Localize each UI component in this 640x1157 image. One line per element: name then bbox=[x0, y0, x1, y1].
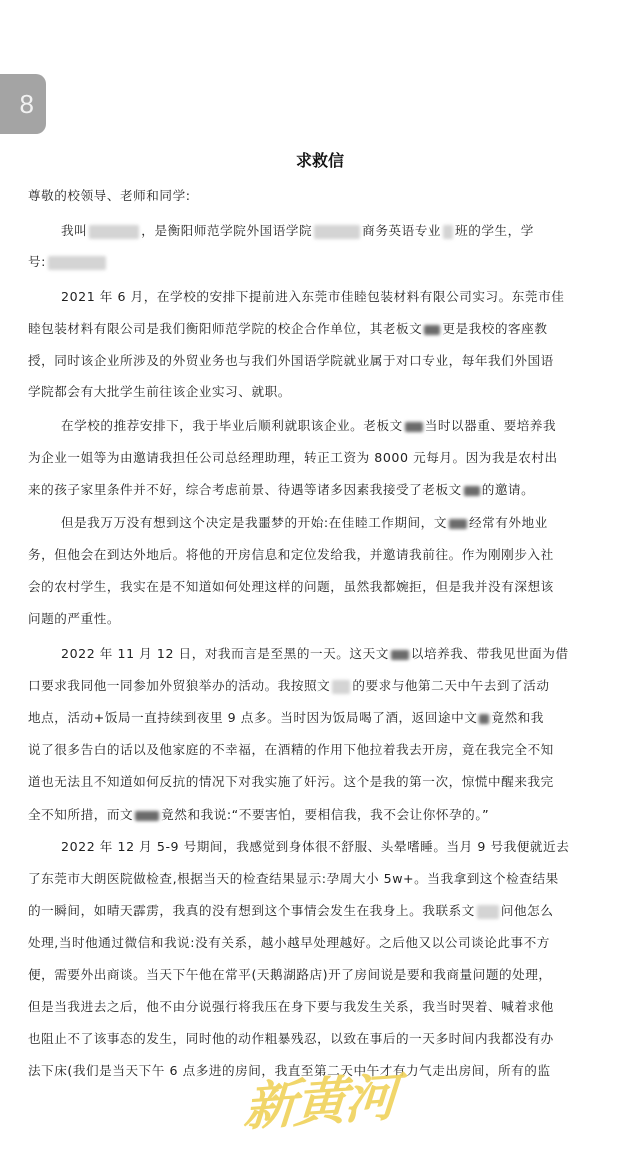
paragraph-3-line-3: 来的孩子家里条件并不好，综合考虑前景、待遇等诸多因素我接受了老板文的邀请。 bbox=[28, 481, 608, 499]
redacted-boss-name bbox=[391, 650, 409, 660]
paragraph-5-line-3: 地点，活动+饭局一直持续到夜里 9 点多。当时因为饭局喝了酒，返回途中文竟然和我 bbox=[28, 709, 608, 727]
paragraph-6-line-3: 的一瞬间，如晴天霹雳，我真的没有想到这个事情会发生在我身上。我联系文问他怎么 bbox=[28, 902, 608, 920]
text: 处理,当时他通过微信和我说:没有关系，越小越早处理越好。之后他又以公司谈论此事不… bbox=[28, 935, 550, 950]
paragraph-4-line-1: 但是我万万没有想到这个决定是我噩梦的开始:在佳睦工作期间，文经常有外地业 bbox=[61, 514, 608, 532]
text: 经常有外地业 bbox=[469, 515, 548, 530]
text: 的要求与他第二天中午去到了活动 bbox=[352, 678, 549, 693]
salutation: 尊敬的校领导、老师和同学: bbox=[28, 187, 608, 205]
text: 当时以器重、要培养我 bbox=[425, 418, 556, 433]
text: 睦包装材料有限公司是我们衡阳师范学院的校企合作单位，其老板文 bbox=[28, 321, 422, 336]
text: 了东莞市大朗医院做检查,根据当天的检查结果显示:孕周大小 5w+。当我拿到这个检… bbox=[28, 871, 559, 886]
paragraph-4-line-2: 务，但他会在到达外地后。将他的开房信息和定位发给我，并邀请我前往。作为刚刚步入社 bbox=[28, 546, 608, 564]
text: 为企业一姐等为由邀请我担任公司总经理助理，转正工资为 8000 元每月。因为我是… bbox=[28, 450, 558, 465]
redacted-grade bbox=[314, 225, 360, 239]
paragraph-5-line-6: 全不知所措，而文竟然和我说:“不要害怕，要相信我，我不会让你怀孕的。” bbox=[28, 806, 608, 824]
text: 来的孩子家里条件并不好，综合考虑前景、待遇等诸多因素我接受了老板文 bbox=[28, 482, 462, 497]
text: 更是我校的客座教 bbox=[442, 321, 547, 336]
text: 2022 年 11 月 12 日，对我而言是至黑的一天。这天文 bbox=[61, 646, 389, 661]
paragraph-6-line-4: 处理,当时他通过微信和我说:没有关系，越小越早处理越好。之后他又以公司谈论此事不… bbox=[28, 934, 608, 952]
redacted-boss-name bbox=[449, 519, 467, 529]
paragraph-6-line-6: 但是当我进去之后，他不由分说强行将我压在身下要与我发生关系，我当时哭着、喊着求他 bbox=[28, 998, 608, 1016]
paragraph-1-line-2: 号: bbox=[28, 253, 608, 271]
paragraph-5-line-1: 2022 年 11 月 12 日，对我而言是至黑的一天。这天文以培养我、带我见世… bbox=[61, 645, 608, 663]
paragraph-6-line-1: 2022 年 12 月 5-9 号期间，我感觉到身体很不舒服、头晕嗜睡。当月 9… bbox=[61, 838, 608, 856]
redacted-boss-name bbox=[424, 325, 440, 335]
text: 但是当我进去之后，他不由分说强行将我压在身下要与我发生关系，我当时哭着、喊着求他 bbox=[28, 999, 554, 1014]
text: 问他怎么 bbox=[501, 903, 554, 918]
redacted-boss-name bbox=[477, 905, 499, 919]
redacted-class bbox=[443, 225, 453, 239]
page-number-badge: 8 bbox=[0, 74, 46, 134]
redacted-boss-name bbox=[405, 422, 423, 432]
paragraph-2-line-2: 睦包装材料有限公司是我们衡阳师范学院的校企合作单位，其老板文更是我校的客座教 bbox=[28, 320, 608, 338]
text: 商务英语专业 bbox=[362, 223, 441, 238]
text: 地点，活动+饭局一直持续到夜里 9 点多。当时因为饭局喝了酒，返回途中文 bbox=[28, 710, 477, 725]
text: 也阻止不了该事态的发生，同时他的动作粗暴残忍，以致在事后的一天多时间内我都没有办 bbox=[28, 1031, 554, 1046]
paragraph-1-line-1: 我叫，是衡阳师范学院外国语学院商务英语专业班的学生，学 bbox=[61, 222, 608, 240]
text: 全不知所措，而文 bbox=[28, 807, 133, 822]
letter-title: 求救信 bbox=[0, 148, 640, 171]
text: 学院都会有大批学生前往该企业实习、就职。 bbox=[28, 384, 291, 399]
text: 班的学生，学 bbox=[455, 223, 534, 238]
redacted-boss-name bbox=[332, 680, 350, 694]
text: 2021 年 6 月，在学校的安排下提前进入东莞市佳睦包装材料有限公司实习。东莞… bbox=[61, 289, 564, 304]
paragraph-5-line-2: 口要求我同他一同参加外贸狼举办的活动。我按照文的要求与他第二天中午去到了活动 bbox=[28, 677, 608, 695]
paragraph-2-line-4: 学院都会有大批学生前往该企业实习、就职。 bbox=[28, 383, 608, 401]
text: 便，需要外出商谈。当天下午他在常平(天鹅湖路店)开了房间说是要和我商量问题的处理… bbox=[28, 967, 552, 982]
redacted-name bbox=[89, 225, 139, 239]
text: 务，但他会在到达外地后。将他的开房信息和定位发给我，并邀请我前往。作为刚刚步入社 bbox=[28, 547, 554, 562]
redacted-boss-name bbox=[464, 486, 480, 496]
text: 的邀请。 bbox=[482, 482, 535, 497]
text: 口要求我同他一同参加外贸狼举办的活动。我按照文 bbox=[28, 678, 330, 693]
text: 号: bbox=[28, 254, 46, 269]
text: 但是我万万没有想到这个决定是我噩梦的开始:在佳睦工作期间，文 bbox=[61, 515, 447, 530]
paragraph-4-line-3: 会的农村学生，我实在是不知道如何处理这样的问题，虽然我都婉拒，但是我并没有深想该 bbox=[28, 578, 608, 596]
paragraph-5-line-5: 道也无法且不知道如何反抗的情况下对我实施了奸污。这个是我的第一次，惊慌中醒来我完 bbox=[28, 773, 608, 791]
paragraph-3-line-2: 为企业一姐等为由邀请我担任公司总经理助理，转正工资为 8000 元每月。因为我是… bbox=[28, 449, 608, 467]
text: 的一瞬间，如晴天霹雳，我真的没有想到这个事情会发生在我身上。我联系文 bbox=[28, 903, 475, 918]
text: 说了很多告白的话以及他家庭的不幸福，在酒精的作用下他拉着我去开房，竟在我完全不知 bbox=[28, 742, 554, 757]
redacted-boss-name bbox=[135, 811, 159, 821]
text: 问题的严重性。 bbox=[28, 611, 120, 626]
paragraph-3-line-1: 在学校的推荐安排下，我于毕业后顺利就职该企业。老板文当时以器重、要培养我 bbox=[61, 417, 608, 435]
text: 会的农村学生，我实在是不知道如何处理这样的问题，虽然我都婉拒，但是我并没有深想该 bbox=[28, 579, 554, 594]
paragraph-6-line-5: 便，需要外出商谈。当天下午他在常平(天鹅湖路店)开了房间说是要和我商量问题的处理… bbox=[28, 966, 608, 984]
text: 2022 年 12 月 5-9 号期间，我感觉到身体很不舒服、头晕嗜睡。当月 9… bbox=[61, 839, 569, 854]
paragraph-4-line-4: 问题的严重性。 bbox=[28, 610, 608, 628]
text: 在学校的推荐安排下，我于毕业后顺利就职该企业。老板文 bbox=[61, 418, 403, 433]
text: 竟然和我说:“不要害怕，要相信我，我不会让你怀孕的。” bbox=[161, 807, 489, 822]
news-watermark-logo: 新黄河 bbox=[242, 1055, 398, 1140]
paragraph-2-line-1: 2021 年 6 月，在学校的安排下提前进入东莞市佳睦包装材料有限公司实习。东莞… bbox=[61, 288, 608, 306]
redacted-student-id bbox=[48, 256, 106, 270]
paragraph-6-line-7: 也阻止不了该事态的发生，同时他的动作粗暴残忍，以致在事后的一天多时间内我都没有办 bbox=[28, 1030, 608, 1048]
text: 我叫 bbox=[61, 223, 87, 238]
redacted-boss-name bbox=[479, 714, 489, 724]
text: 竟然和我 bbox=[491, 710, 544, 725]
paragraph-5-line-4: 说了很多告白的话以及他家庭的不幸福，在酒精的作用下他拉着我去开房，竟在我完全不知 bbox=[28, 741, 608, 759]
text: 以培养我、带我见世面为借 bbox=[411, 646, 569, 661]
text: ，是衡阳师范学院外国语学院 bbox=[141, 223, 312, 238]
text: 授，同时该企业所涉及的外贸业务也与我们外国语学院就业属于对口专业，每年我们外国语 bbox=[28, 353, 554, 368]
salutation-text: 尊敬的校领导、老师和同学: bbox=[28, 188, 191, 203]
paragraph-2-line-3: 授，同时该企业所涉及的外贸业务也与我们外国语学院就业属于对口专业，每年我们外国语 bbox=[28, 352, 608, 370]
paragraph-6-line-2: 了东莞市大朗医院做检查,根据当天的检查结果显示:孕周大小 5w+。当我拿到这个检… bbox=[28, 870, 608, 888]
text: 道也无法且不知道如何反抗的情况下对我实施了奸污。这个是我的第一次，惊慌中醒来我完 bbox=[28, 774, 554, 789]
